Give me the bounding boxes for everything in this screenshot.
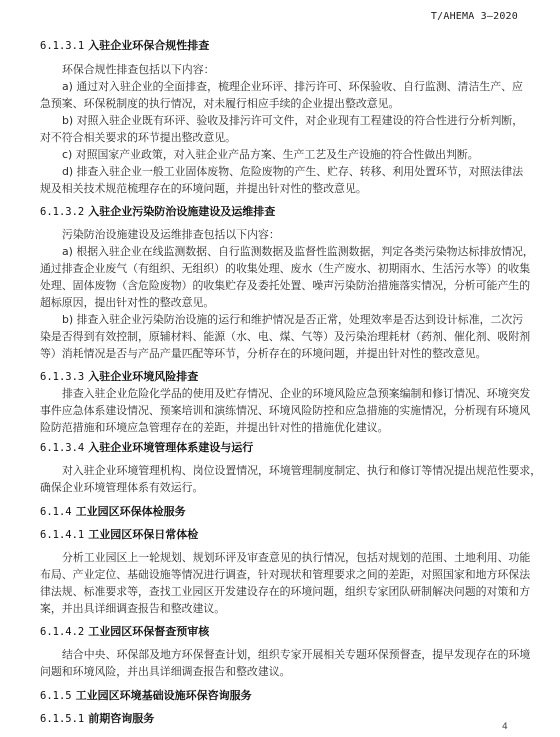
list-item-a-line: a) 通过对入驻企业的全面排查，梳理企业环评、排污许可、环保验收、自行监测、清洁… — [62, 80, 521, 94]
list-item-a-line: a) 根据入驻企业在线监测数据、自行监测数据及监督性监测数据，判定各类污染物达标… — [62, 245, 521, 259]
section-heading-6-1-3-1: 6.1.3.1入驻企业环保合规性排查 — [40, 39, 209, 53]
section-title: 入驻企业污染防治设施建设及运维排查 — [88, 205, 275, 218]
paragraph-line: 分析工业园区上一轮规划、规划环评及审查意见的执行情况，包括对规划的范围、土地利用… — [62, 551, 521, 565]
section-heading-6-1-3-4: 6.1.3.4入驻企业环境管理体系建设与运行 — [40, 441, 253, 455]
section-heading-6-1-3-2: 6.1.3.2入驻企业污染防治设施建设及运维排查 — [40, 205, 275, 219]
document-page: T/AHEMA 3—2020 6.1.3.1入驻企业环保合规性排查 环保合规性排… — [0, 0, 560, 737]
section-heading-6-1-5: 6.1.5工业园区环境基础设施环保咨询服务 — [40, 689, 252, 703]
paragraph-line: 问题和环境风险，并出具详细调查报告和整改建议。 — [40, 665, 521, 679]
paragraph-line: 结合中央、环保部及地方环保督查计划，组织专家开展相关专题环保预督查，提早发现存在… — [62, 648, 521, 662]
section-title: 入驻企业环境风险排查 — [88, 370, 198, 383]
section-number: 6.1.5.1 — [40, 713, 84, 725]
section-number: 6.1.4.2 — [40, 626, 84, 638]
section-number: 6.1.4.1 — [40, 529, 84, 541]
list-item-b-line: 对不符合相关要求的环节提出整改意见。 — [40, 131, 521, 145]
list-item-c-line: c) 对照国家产业政策，对入驻企业产品方案、生产工艺及生产设施的符合性做出判断。 — [62, 148, 521, 162]
paragraph-line: 案，并出具详细调查报告和整改建议。 — [40, 602, 521, 616]
paragraph-line: 险防范措施和环境应急管理存在的差距，并提出针对性的措施优化建议。 — [40, 421, 521, 435]
paragraph-line: 排查入驻企业危险化学品的使用及贮存情况、企业的环境风险应急预案编制和修订情况、环… — [62, 387, 521, 401]
section-heading-6-1-5-1: 6.1.5.1前期咨询服务 — [40, 712, 154, 726]
list-item-a-line: 处理、固体废物（含危险废物）的收集贮存及委托处置、噪声污染防治措施落实情况，分析… — [40, 279, 521, 293]
list-item-d-line: 规及相关技术规范梳理存在的环境问题，并提出针对性的整改意见。 — [40, 182, 521, 196]
list-item-b-line: b) 对照入驻企业既有环评、验收及排污许可文件，对企业现有工程建设的符合性进行分… — [62, 114, 521, 128]
paragraph-line: 确保企业环境管理体系有效运行。 — [40, 481, 521, 495]
section-title: 工业园区环保日常体检 — [88, 528, 198, 541]
paragraph-line: 污染防治设施建设及运维排查包括以下内容： — [62, 228, 521, 242]
section-heading-6-1-4-1: 6.1.4.1工业园区环保日常体检 — [40, 528, 198, 542]
list-item-a-line: 急预案、环保税制度的执行情况，对未履行相应手续的企业提出整改意见。 — [40, 97, 521, 111]
section-heading-6-1-4-2: 6.1.4.2工业园区环保督查预审核 — [40, 625, 209, 639]
paragraph-line: 环保合规性排查包括以下内容： — [62, 63, 521, 77]
section-title: 前期咨询服务 — [88, 712, 154, 725]
page-number: 4 — [502, 722, 508, 732]
section-number: 6.1.3.2 — [40, 206, 84, 218]
section-title: 入驻企业环境管理体系建设与运行 — [88, 441, 253, 454]
list-item-a-line: 超标原因，提出针对性的整改意见。 — [40, 296, 521, 310]
list-item-a-line: 通过排查企业废气（有组织、无组织）的收集处理、废水（生产废水、初期雨水、生活污水… — [40, 262, 521, 276]
section-number: 6.1.3.4 — [40, 442, 84, 454]
section-heading-6-1-3-3: 6.1.3.3入驻企业环境风险排查 — [40, 370, 198, 384]
paragraph-line: 律法规、标准要求等，查找工业园区开发建设存在的环境问题，组织专家团队研制解决问题… — [40, 585, 521, 599]
section-number: 6.1.3.3 — [40, 371, 84, 383]
paragraph-line: 布局、产业定位、基础设施等情况进行调查，针对现状和管理要求之间的差距，对照国家和… — [40, 568, 521, 582]
section-title: 入驻企业环保合规性排查 — [88, 39, 209, 52]
list-item-d-line: d) 排查入驻企业一般工业固体废物、危险废物的产生、贮存、转移、利用处置环节，对… — [62, 165, 521, 179]
list-item-b-line: 染是否得到有效控制，原辅材料、能源（水、电、煤、气等）及污染治理耗材（药剂、催化… — [40, 330, 521, 344]
section-number: 6.1.4 — [40, 506, 72, 518]
section-heading-6-1-4: 6.1.4工业园区环保体检服务 — [40, 505, 186, 519]
paragraph-line: 对入驻企业环境管理机构、岗位设置情况，环境管理制度制定、执行和修订等情况提出规范… — [62, 464, 521, 478]
list-item-b-line: b) 排查入驻企业污染防治设施的运行和维护情况是否正常，处理效率是否达到设计标准… — [62, 313, 521, 327]
section-title: 工业园区环保督查预审核 — [88, 625, 209, 638]
section-title: 工业园区环保体检服务 — [76, 505, 186, 518]
section-title: 工业园区环境基础设施环保咨询服务 — [76, 689, 252, 702]
section-number: 6.1.3.1 — [40, 40, 84, 52]
document-code: T/AHEMA 3—2020 — [431, 11, 518, 22]
paragraph-line: 事件应急体系建设情况、预案培训和演练情况、环境风险防控和应急措施的实施情况，分析… — [40, 404, 521, 418]
section-number: 6.1.5 — [40, 690, 72, 702]
list-item-b-line: 等）消耗情况是否与产品产量匹配等环节，分析存在的环境问题，并提出针对性的整改意见… — [40, 347, 521, 361]
